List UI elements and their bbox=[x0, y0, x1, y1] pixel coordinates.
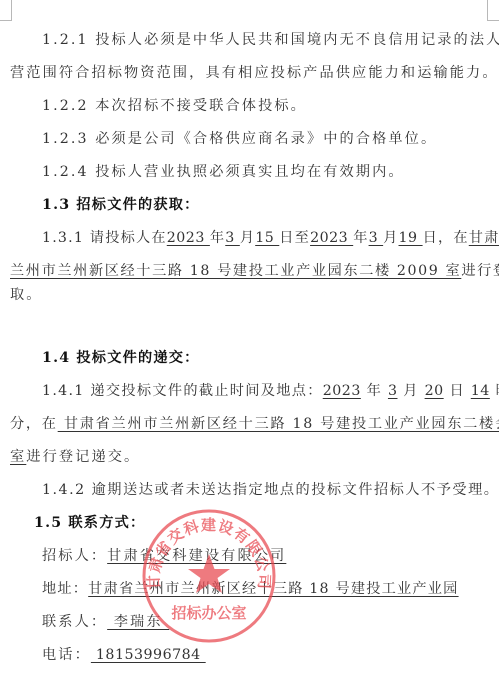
deadline-hour: 14 bbox=[471, 383, 490, 399]
location-part2: 兰州市兰州新区经十三路 18 号建投工业产业园东二楼 2009 室 bbox=[10, 263, 461, 279]
paragraph-1-3-1-line2: 兰州市兰州新区经十三路 18 号建投工业产业园东二楼 2009 室进行登记获 bbox=[10, 261, 490, 281]
text: 进行登记递交。 bbox=[26, 449, 140, 465]
text: 月 bbox=[240, 230, 255, 246]
text: 年 bbox=[361, 383, 388, 399]
text: 年 bbox=[210, 230, 225, 246]
text: 时 bbox=[490, 383, 499, 399]
paragraph-1-4-1-line2: 分，在 甘肃省兰州市兰州新区经十三路 18 号建投工业产业园东二楼会议 bbox=[10, 414, 490, 434]
page-corner-mark-left bbox=[0, 0, 12, 21]
text: 日 bbox=[444, 383, 471, 399]
start-month: 3 bbox=[225, 230, 240, 246]
paragraph-1-2-4: 1.2.4 投标人营业执照必须真实且均在有效期内。 bbox=[42, 162, 490, 182]
tenderer-label: 招标人： bbox=[42, 548, 107, 564]
heading-1-4: 1.4 投标文件的递交： bbox=[42, 348, 490, 368]
delivery-location-part2: 室 bbox=[10, 449, 26, 465]
text: 日，在 bbox=[423, 230, 469, 246]
contact-label: 联系人： bbox=[42, 614, 107, 630]
end-day: 19 bbox=[399, 230, 423, 246]
contact-phone: 电话： 18153996784 bbox=[42, 645, 490, 665]
paragraph-1-2-1-line2: 营范围符合招标物资范围，具有相应投标产品供应能力和运输能力。 bbox=[10, 63, 490, 83]
phone-label: 电话： bbox=[42, 647, 91, 663]
text: 月 bbox=[383, 230, 398, 246]
start-year: 2023 bbox=[167, 230, 210, 246]
deadline-year: 2023 bbox=[323, 383, 361, 399]
paragraph-1-3-1-line3: 取。 bbox=[10, 285, 490, 305]
paragraph-1-2-1-line1: 1.2.1 投标人必须是中华人民共和国境内无不良信用记录的法人，经 bbox=[42, 30, 490, 50]
contact-value: 李瑞东 bbox=[107, 614, 169, 630]
heading-1-3: 1.3 招标文件的获取： bbox=[42, 195, 490, 215]
start-day: 15 bbox=[255, 230, 279, 246]
text: 月 bbox=[397, 383, 424, 399]
text: 1.3.1 请投标人在 bbox=[42, 230, 167, 246]
contact-address: 地址：甘肃省兰州市兰州新区经十三路 18 号建投工业产业园 bbox=[42, 579, 490, 599]
text: 年 bbox=[353, 230, 368, 246]
end-month: 3 bbox=[369, 230, 384, 246]
phone-value: 18153996784 bbox=[91, 647, 206, 663]
tenderer-value: 甘肃省交科建设有限公司 bbox=[107, 548, 286, 564]
text: 1.4.1 递交投标文件的截止时间及地点： bbox=[42, 383, 323, 399]
page-corner-mark-right bbox=[487, 0, 499, 21]
paragraph-1-4-1-line3: 室进行登记递交。 bbox=[10, 447, 490, 467]
deadline-day: 20 bbox=[425, 383, 444, 399]
address-label: 地址： bbox=[42, 581, 88, 597]
paragraph-1-4-1-line1: 1.4.1 递交投标文件的截止时间及地点：2023 年 3 月 20 日 14 … bbox=[42, 381, 490, 401]
text: 进行登记获 bbox=[461, 263, 499, 279]
delivery-location-part1: 甘肃省兰州市兰州新区经十三路 18 号建投工业产业园东二楼会议 bbox=[58, 416, 499, 432]
paragraph-1-3-1-line1: 1.3.1 请投标人在2023 年3 月15 日至2023 年3 月19 日，在… bbox=[42, 228, 490, 248]
text: 分，在 bbox=[10, 416, 58, 432]
location-part1: 甘肃省 bbox=[469, 230, 499, 246]
paragraph-1-4-2: 1.4.2 逾期送达或者未送达指定地点的投标文件招标人不予受理。 bbox=[42, 480, 490, 500]
paragraph-1-2-3: 1.2.3 必须是公司《合格供应商名录》中的合格单位。 bbox=[42, 129, 490, 149]
paragraph-1-2-2: 1.2.2 本次招标不接受联合体投标。 bbox=[42, 96, 490, 116]
text: 日至 bbox=[279, 230, 310, 246]
contact-tenderer: 招标人：甘肃省交科建设有限公司 bbox=[42, 546, 490, 566]
heading-1-5: 1.5 联系方式： bbox=[34, 513, 499, 533]
address-value: 甘肃省兰州市兰州新区经十三路 18 号建投工业产业园 bbox=[88, 581, 458, 597]
end-year: 2023 bbox=[310, 230, 353, 246]
contact-person: 联系人： 李瑞东 bbox=[42, 612, 490, 632]
